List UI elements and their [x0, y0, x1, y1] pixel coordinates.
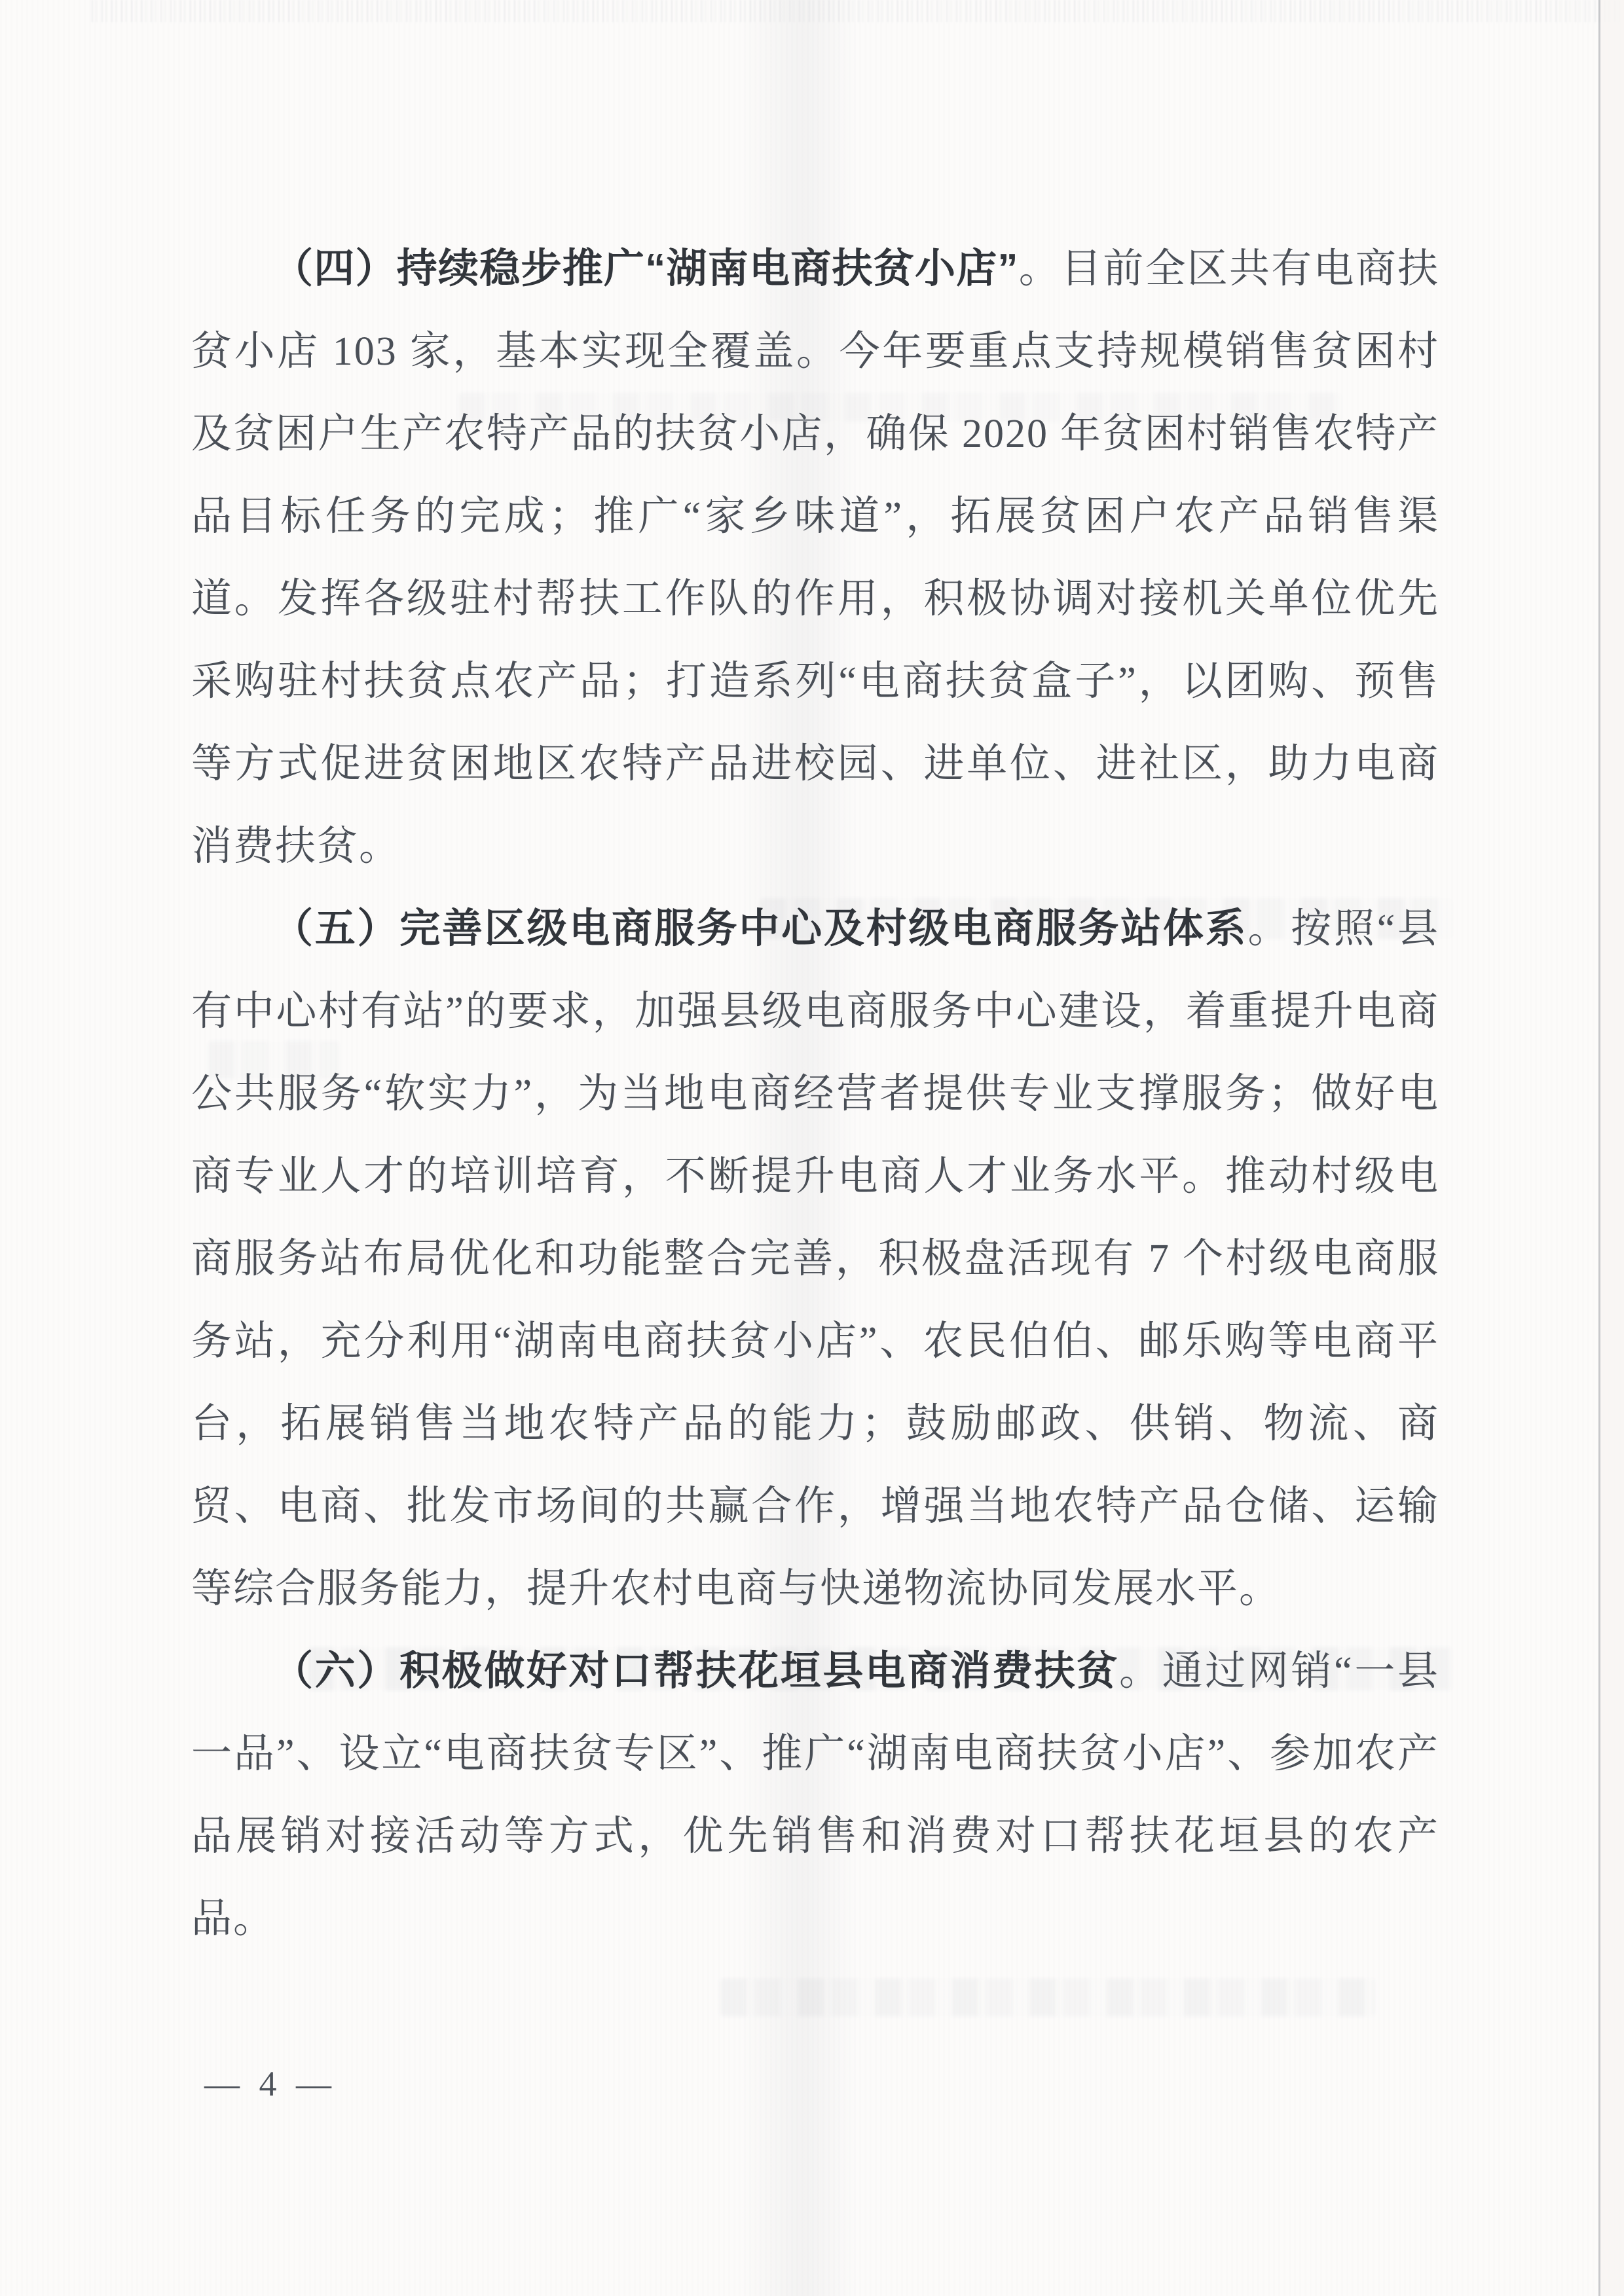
paragraph-heading: （四）持续稳步推广“湖南电商扶贫小店” [272, 246, 1018, 291]
scan-noise-band [92, 0, 1624, 22]
document-text-block: （四）持续稳步推广“湖南电商扶贫小店”。目前全区共有电商扶贫小店 103 家，基… [191, 228, 1439, 1960]
document-page: （四）持续稳步推广“湖南电商扶贫小店”。目前全区共有电商扶贫小店 103 家，基… [0, 0, 1624, 2296]
paragraph-heading: （六）积极做好对口帮扶花垣县电商消费扶贫 [272, 1649, 1119, 1694]
paragraph-body: 。按照“县有中心村有站”的要求，加强县级电商服务中心建设，着重提升电商公共服务“… [191, 907, 1439, 1611]
paragraph-heading: （五）完善区级电商服务中心及村级电商服务站体系 [272, 906, 1247, 951]
page-number: — 4 — [204, 2064, 337, 2104]
right-edge-tint [1600, 0, 1624, 2296]
bleedthrough-mark [720, 1978, 1375, 2016]
paragraph-section-5: （五）完善区级电商服务中心及村级电商服务站体系。按照“县有中心村有站”的要求，加… [191, 888, 1439, 1630]
paragraph-section-6: （六）积极做好对口帮扶花垣县电商消费扶贫。通过网销“一县一品”、设立“电商扶贫专… [191, 1630, 1439, 1960]
paragraph-body: 。目前全区共有电商扶贫小店 103 家，基本实现全覆盖。今年要重点支持规模销售贫… [191, 247, 1439, 869]
paragraph-section-4: （四）持续稳步推广“湖南电商扶贫小店”。目前全区共有电商扶贫小店 103 家，基… [191, 228, 1439, 888]
scanner-streak-line [1598, 0, 1600, 2296]
